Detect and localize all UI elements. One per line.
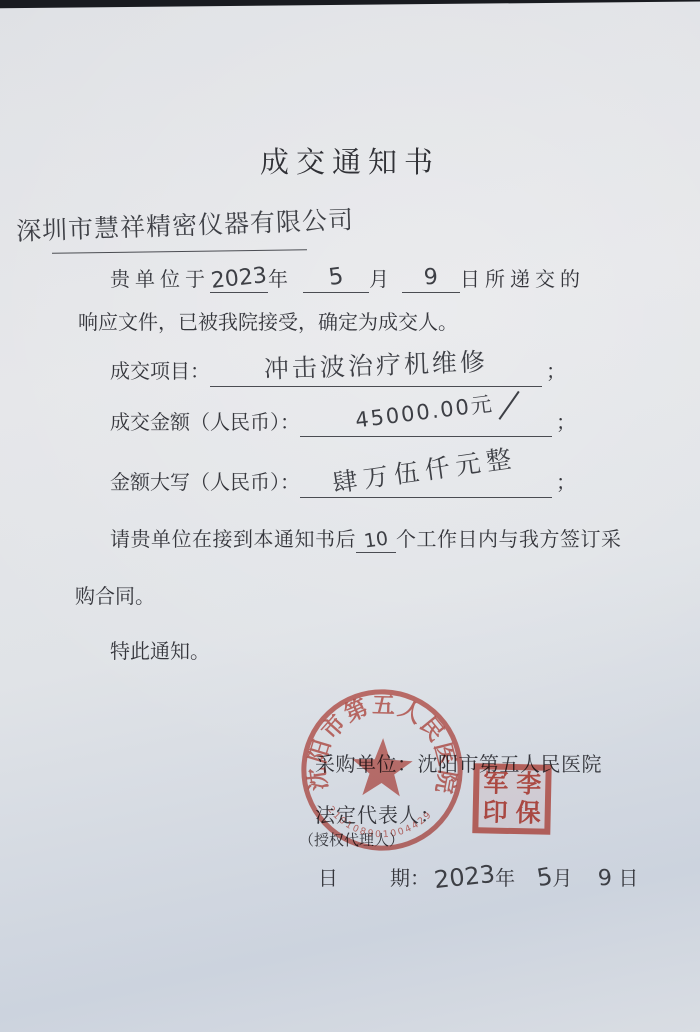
para1-prefix: 贵单位于 bbox=[110, 269, 210, 291]
recipient-company-handwriting: 深圳市慧祥精密仪器有限公司 bbox=[15, 200, 354, 248]
pen-flourish-stroke bbox=[499, 391, 520, 420]
day-blank: 9 bbox=[402, 267, 460, 293]
date-month-handwriting: 5 bbox=[535, 862, 555, 892]
days-handwriting: 10 bbox=[362, 527, 389, 552]
para1-line1: 贵单位于2023年5月9日所递交的 bbox=[110, 263, 585, 293]
project-blank: 冲击波治疗机维修 bbox=[210, 350, 542, 387]
amount-words-handwriting: 肆万伍仟元整 bbox=[330, 438, 519, 500]
date-year-handwriting: 2023 bbox=[433, 860, 497, 894]
project-suffix: ； bbox=[546, 361, 566, 383]
date-day-unit: 日 bbox=[618, 868, 638, 890]
date-day-handwriting: 9 bbox=[598, 866, 614, 892]
para1-line2: 响应文件，已被我院接受，确定为成交人。 bbox=[78, 306, 458, 335]
days-blank: 10 bbox=[356, 529, 396, 553]
closing-statement: 特此通知。 bbox=[110, 635, 210, 664]
round-official-seal: 沈阳市第五人民医院 210108901004429 bbox=[295, 683, 469, 857]
amount-words-suffix: ； bbox=[556, 472, 576, 494]
amount-handwriting: 45000.00元 bbox=[354, 388, 496, 435]
field-row-amount-words: 金额大写（人民币）：肆万伍仟元整； bbox=[110, 461, 576, 498]
para2-after: 个工作日内与我方签订采 bbox=[396, 529, 622, 551]
field-row-amount: 成交金额（人民币）：45000.00元； bbox=[110, 406, 576, 437]
date-month-unit: 月 bbox=[552, 868, 572, 890]
name-seal-char-top-left: 军 bbox=[483, 771, 509, 797]
month-handwriting: 5 bbox=[327, 263, 345, 291]
para2-before: 请贵单位在接到本通知书后 bbox=[110, 529, 356, 551]
date-year-unit: 年 bbox=[495, 868, 515, 890]
date-line: 日期：2023年5月9日 bbox=[318, 862, 638, 891]
para2-line1: 请贵单位在接到本通知书后10个工作日内与我方签订采 bbox=[110, 523, 622, 553]
amount-suffix: ； bbox=[556, 412, 576, 434]
document-title: 成交通知书 bbox=[0, 140, 700, 181]
date-label-qi: 期： bbox=[390, 868, 430, 890]
recipient-company-underline bbox=[52, 249, 307, 254]
month-blank: 5 bbox=[303, 266, 369, 293]
day-handwriting: 9 bbox=[423, 265, 439, 291]
year-unit: 年 bbox=[268, 269, 293, 291]
photo-top-edge bbox=[0, 0, 700, 9]
para2-line2: 购合同。 bbox=[75, 580, 155, 609]
amount-words-blank: 肆万伍仟元整 bbox=[300, 461, 552, 498]
name-seal-char-top-right: 李 bbox=[516, 772, 542, 798]
amount-blank: 45000.00元 bbox=[300, 406, 552, 437]
month-unit: 月 bbox=[369, 269, 394, 291]
amount-label: 成交金额（人民币）： bbox=[110, 412, 300, 434]
amount-words-label: 金额大写（人民币）： bbox=[110, 472, 300, 494]
seal-star-icon bbox=[351, 737, 414, 797]
name-seal-char-bottom-left: 印 bbox=[482, 800, 508, 826]
project-handwriting: 冲击波治疗机维修 bbox=[263, 342, 488, 386]
day-suffix: 日所递交的 bbox=[460, 269, 585, 291]
notice-document: 成交通知书 深圳市慧祥精密仪器有限公司 贵单位于2023年5月9日所递交的 响应… bbox=[0, 0, 700, 1032]
year-blank: 2023 bbox=[210, 267, 268, 293]
year-handwriting: 2023 bbox=[210, 263, 268, 294]
field-row-project: 成交项目：冲击波治疗机维修； bbox=[110, 350, 566, 387]
project-label: 成交项目： bbox=[110, 361, 210, 383]
round-seal-graphic: 沈阳市第五人民医院 210108901004429 bbox=[295, 683, 469, 857]
date-label-ri: 日 bbox=[318, 868, 338, 890]
legal-rep-name-seal: 军 李 印 保 bbox=[472, 763, 551, 835]
name-seal-char-bottom-right: 保 bbox=[515, 801, 541, 827]
